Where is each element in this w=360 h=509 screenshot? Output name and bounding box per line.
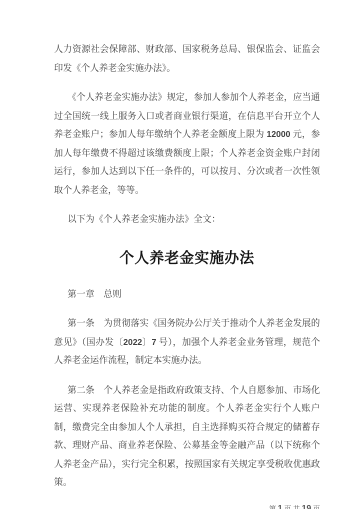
document-page: 人力资源社会保障部、财政部、国家税务总局、银保监会、证监会印发《个人养老金实施办…	[0, 0, 360, 509]
paragraph-fulltext-lead: 以下为《个人养老金实施办法》全文：	[54, 210, 320, 229]
chapter-1-heading: 第一章 总则	[54, 285, 320, 304]
document-title: 个人养老金实施办法	[54, 247, 320, 271]
text-run: 以下为《个人养老金实施办法》全文：	[68, 214, 221, 224]
text-run: 第二条 个人养老金是指政府政策支持、个人自愿参加、市场化运营、实现养老保险补充功…	[54, 385, 320, 488]
text-run: 第一章 总则	[68, 289, 122, 299]
article-1-paragraph: 第一条 为贯彻落实《国务院办公厅关于推动个人养老金发展的意见》（国办发〔2022…	[54, 314, 320, 370]
numeric-text-run: 12000	[267, 129, 291, 139]
text-run: 第	[269, 505, 278, 509]
text-run: 人力资源社会保障部、财政部、国家税务总局、银保监会、证监会印发《个人养老金实施办…	[54, 44, 320, 73]
paragraph-issuers: 人力资源社会保障部、财政部、国家税务总局、银保监会、证监会印发《个人养老金实施办…	[54, 40, 320, 77]
page-number-footer: 第 1 页 共 19 页	[54, 503, 320, 509]
text-run: 页	[311, 505, 320, 509]
article-2-paragraph: 第二条 个人养老金是指政府政策支持、个人自愿参加、市场化运营、实现养老保险补充功…	[54, 381, 320, 492]
numeric-text-run: 2022	[123, 337, 142, 347]
text-run: 〕	[142, 337, 151, 347]
numeric-text-run: 19	[302, 503, 311, 509]
paragraph-summary: 《个人养老金实施办法》规定，参加人参加个人养老金，应当通过全国统一线上服务入口或…	[54, 88, 320, 199]
text-run: 页 共	[283, 505, 302, 509]
